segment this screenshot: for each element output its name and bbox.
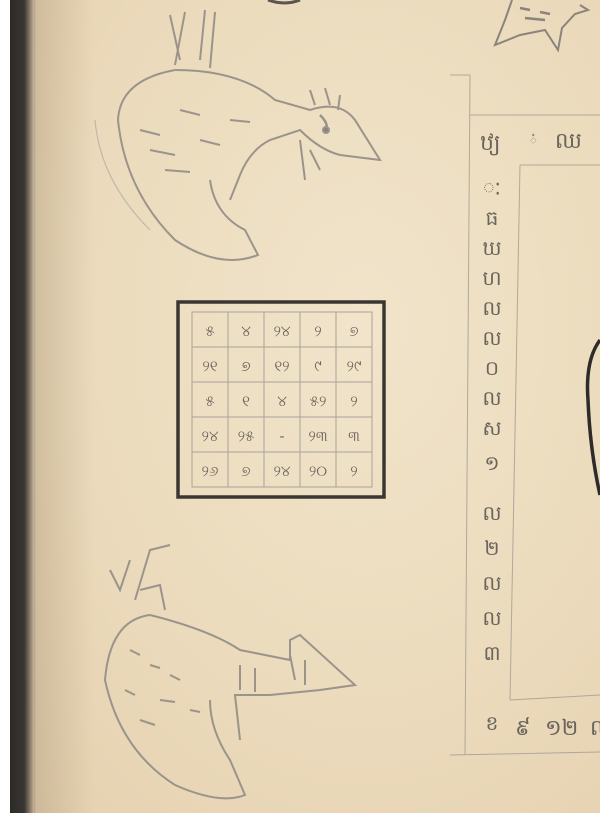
svg-text:-: -: [279, 427, 284, 445]
svg-text:ល: ល: [590, 716, 600, 741]
svg-text:ឈ: ឈ: [555, 129, 582, 154]
magic-square: ୫୪୨୪୨୭ ୨୧୭୧୨୯୨୯ ୫୧୪୫୨୨ ୨୪୨୫-୨୩୩ ୨୬୭୨୪୨୦୨: [178, 302, 384, 497]
svg-text:ល: ល: [482, 296, 501, 320]
svg-text:២: ២: [484, 536, 499, 560]
svg-text:୫: ୫: [205, 392, 214, 410]
svg-text:៎: ៎: [530, 133, 537, 148]
svg-text:୭: ୭: [241, 462, 250, 480]
svg-text:୫: ୫: [205, 322, 214, 340]
svg-text:୨: ୨: [314, 322, 321, 340]
svg-text:ធ: ធ: [486, 206, 499, 230]
svg-text:୨୦: ୨୦: [309, 462, 327, 480]
svg-text:ល: ល: [482, 386, 501, 410]
svg-text:ស: ស: [482, 416, 501, 440]
svg-text:୨୬: ୨୬: [202, 462, 219, 480]
svg-text:୭: ୭: [349, 322, 358, 340]
svg-text:ឋ្យ: ឋ្យ: [480, 131, 501, 156]
svg-text:៣: ៣: [483, 641, 500, 665]
text-frame: [450, 75, 600, 755]
svg-text:១: ១: [484, 451, 499, 475]
svg-text:୨୯: ୨୯: [347, 357, 362, 375]
svg-text:୨: ୨: [350, 392, 357, 410]
svg-text:୧୨: ୧୨: [274, 357, 289, 375]
frame-top-text: ឋ្យ៎ឈ: [480, 129, 582, 156]
svg-text:୪: ୪: [241, 322, 251, 340]
svg-text:୨୪: ୨୪: [273, 322, 290, 340]
manuscript-photo: ୫୪୨୪୨୭ ୨୧୭୧୨୯୨୯ ୫୧୪୫୨୨ ୨୪୨୫-୨୩୩ ୨୬୭୨୪୨୦୨…: [0, 0, 600, 813]
svg-text:୭: ୭: [241, 357, 250, 375]
svg-text:១២: ១២: [545, 716, 578, 741]
svg-text:୪: ୪: [277, 392, 287, 410]
star-drawing: [495, 0, 588, 50]
svg-text:୯: ୯: [314, 357, 321, 375]
svg-text:୨୫: ୨୫: [238, 427, 255, 445]
circle-arc: [588, 340, 600, 495]
svg-text:ៈ: ៈ: [483, 176, 501, 200]
svg-text:ល: ល: [482, 326, 501, 350]
svg-text:ល: ល: [482, 606, 501, 630]
svg-text:୨୧: ୨୧: [202, 357, 217, 375]
svg-text:୨୩: ୨୩: [308, 427, 327, 445]
frame-left-vertical-text: ៈ ធ ឃ ហ ល ល ០ ល ស ១ ល ២ ល ល ៣ ខ: [482, 176, 501, 735]
drawings: ୫୪୨୪୨୭ ୨୧୭୧୨୯୨୯ ୫୧୪୫୨୨ ୨୪୨୫-୨୩୩ ୨୬୭୨୪୨୦୨…: [0, 0, 600, 813]
svg-text:៩: ៩: [515, 716, 531, 741]
svg-text:୩: ୩: [348, 427, 360, 445]
svg-text:ល: ល: [482, 571, 501, 595]
svg-text:០: ០: [485, 356, 499, 380]
svg-text:୨୪: ୨୪: [201, 427, 218, 445]
bird-drawing-top: [95, 10, 380, 260]
svg-text:ល: ល: [482, 501, 501, 525]
frame-bottom-text: ៩១២ល: [515, 716, 600, 741]
svg-text:ហ: ហ: [482, 266, 501, 290]
svg-text:ខ: ខ: [486, 711, 499, 735]
svg-text:୧: ୧: [242, 392, 250, 410]
svg-text:୨୪: ୨୪: [273, 462, 290, 480]
bird-drawing-bottom: [105, 545, 355, 798]
svg-text:୨: ୨: [350, 462, 357, 480]
svg-text:ឃ: ឃ: [482, 236, 501, 260]
svg-text:୫୨: ୫୨: [310, 392, 327, 410]
